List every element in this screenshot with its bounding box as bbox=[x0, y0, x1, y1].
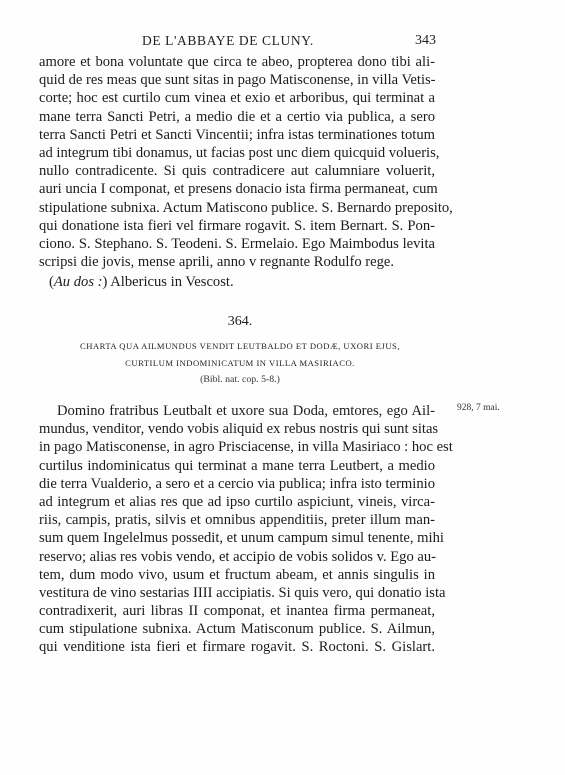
text-line: ad integrum et alias res que ad ipso cur… bbox=[39, 493, 435, 511]
text-line: reservo; alias res vobis vendo, et accip… bbox=[39, 548, 435, 566]
dorsal-note: (Au dos :) Albericus in Vescost. bbox=[39, 273, 435, 291]
charter-number: 364. bbox=[0, 314, 480, 330]
text-line: qui venditione ista fieri et firmare rog… bbox=[39, 638, 435, 656]
text-line: mane terra Sancti Petri, a medio die et … bbox=[39, 108, 435, 126]
text-line: curtilus indominicatus qui terminat a ma… bbox=[39, 457, 435, 475]
text-line: die terra Vualderio, a sero et a cercio … bbox=[39, 475, 435, 493]
running-head: DE L'ABBAYE DE CLUNY. 343 bbox=[39, 33, 436, 51]
text-line: corte; hoc est curtilo cum vinea et exio… bbox=[39, 89, 435, 107]
text-line: ciono. S. Stephano. S. Teodeni. S. Ermel… bbox=[39, 235, 435, 253]
source-note: (Bibl. nat. cop. 5-8.) bbox=[0, 374, 480, 385]
page-number: 343 bbox=[415, 33, 436, 49]
dorsal-text: Albericus in Vescost. bbox=[107, 274, 233, 290]
text-line: terra Sancti Petri et Sancti Vincentii; … bbox=[39, 126, 435, 144]
charter-title-line-1: CHARTA QUA AILMUNDUS VENDIT LEUTBALDO ET… bbox=[0, 341, 480, 351]
text-line: contradixerit, auri libras II componat, … bbox=[39, 602, 435, 620]
text-line: mundus, venditor, vendo vobis aliquid ex… bbox=[39, 420, 435, 438]
margin-date: 928, 7 mai. bbox=[457, 403, 500, 413]
text-line: riis, campis, pratis, silvis et omnibus … bbox=[39, 511, 435, 529]
dorsal-label: Au dos : bbox=[54, 274, 103, 290]
charter-364-text: Domino fratribus Leutbalt et uxore sua D… bbox=[39, 402, 435, 657]
text-line: stipulatione subnixa. Actum Matiscono pu… bbox=[39, 199, 435, 217]
text-line: amore et bona voluntate que circa te abe… bbox=[39, 53, 435, 71]
running-title: DE L'ABBAYE DE CLUNY. bbox=[142, 33, 314, 49]
text-line: vestitura de vino sestarias IIII accipia… bbox=[39, 584, 435, 602]
text-line: auri uncia I componat, et presens donaci… bbox=[39, 180, 435, 198]
document-page: DE L'ABBAYE DE CLUNY. 343 amore et bona … bbox=[0, 0, 565, 775]
text-line: qui donatione ista fieri vel firmare rog… bbox=[39, 217, 435, 235]
text-line: nullo contradicente. Si quis contradicer… bbox=[39, 162, 435, 180]
text-line: tem, dum modo vivo, usum et fructum abea… bbox=[39, 566, 435, 584]
text-line: quid de res meas que sunt sitas in pago … bbox=[39, 71, 435, 89]
text-line: ad integrum tibi donamus, ut facias post… bbox=[39, 144, 435, 162]
charter-363-continuation: amore et bona voluntate que circa te abe… bbox=[39, 53, 435, 291]
text-line: sum quem Ingelelmus possedit, et unum ca… bbox=[39, 529, 435, 547]
text-line: cum stipulatione subnixa. Actum Matiscon… bbox=[39, 620, 435, 638]
text-line: Domino fratribus Leutbalt et uxore sua D… bbox=[39, 402, 435, 420]
text-line: in pago Matisconense, in agro Prisciacen… bbox=[39, 438, 435, 456]
text-line: scripsi die jovis, mense aprili, anno v … bbox=[39, 253, 435, 271]
charter-title-line-2: CURTILUM INDOMINICATUM IN VILLA MASIRIAC… bbox=[0, 358, 480, 368]
